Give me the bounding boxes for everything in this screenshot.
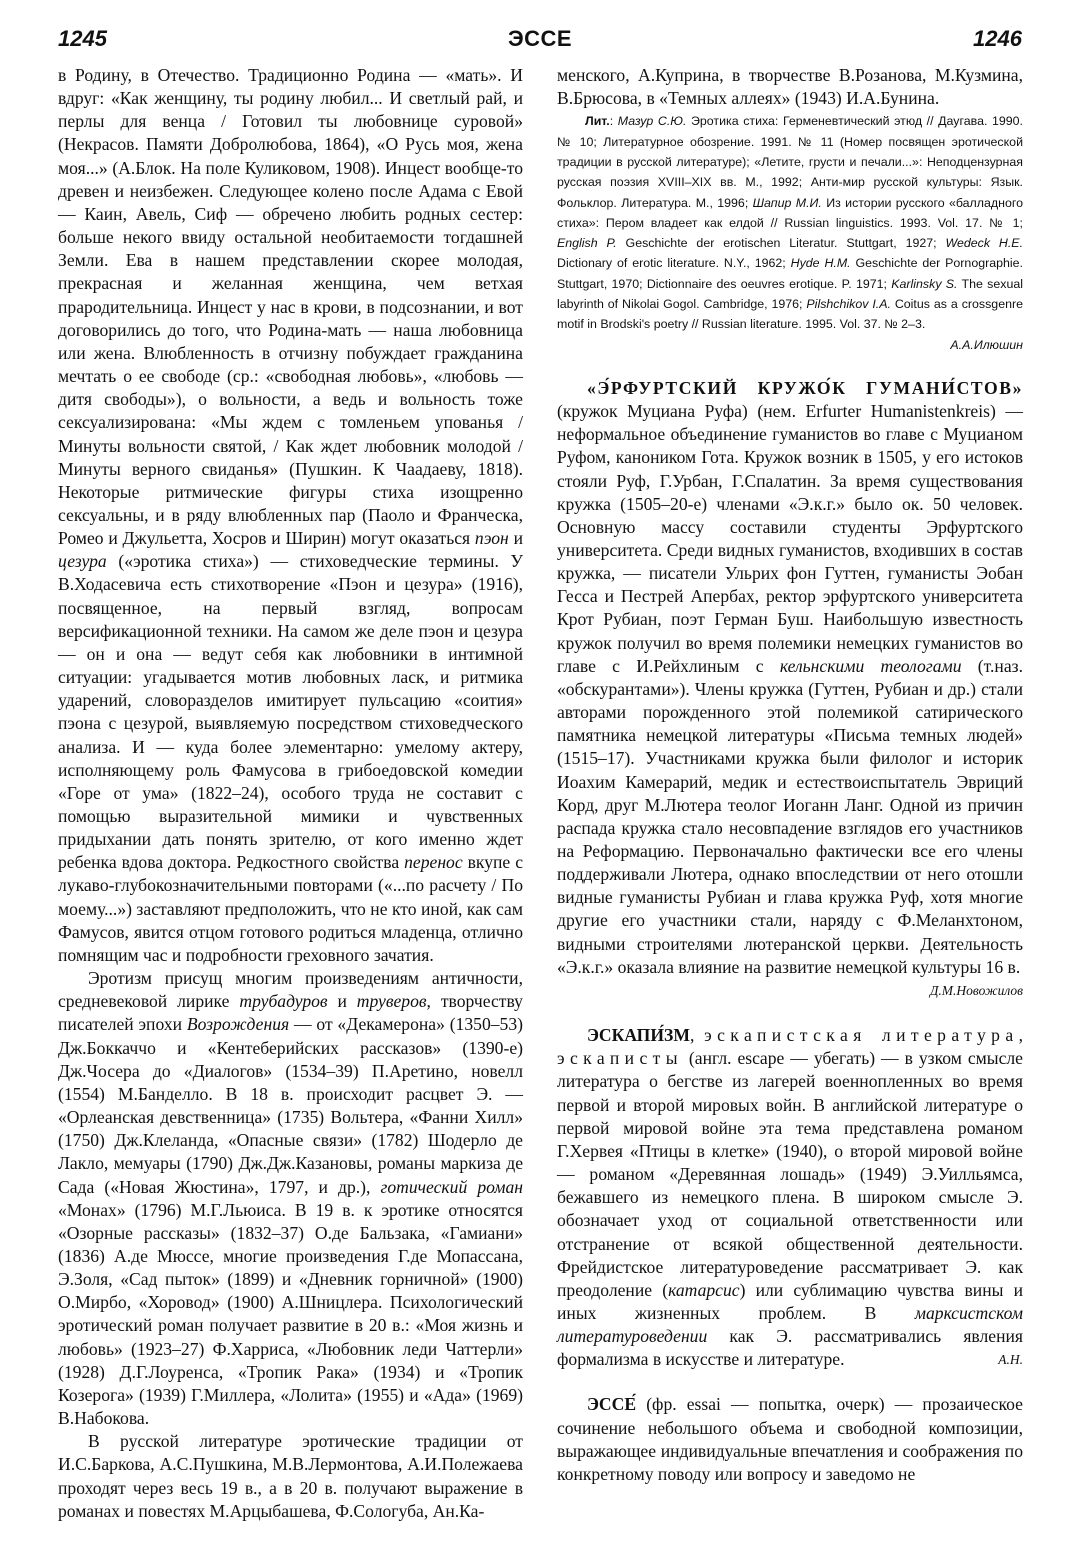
author-signature: А.А.Илюшин xyxy=(914,335,1023,355)
author-signature: А.Н. xyxy=(960,1348,1023,1371)
running-head: ЭССЕ xyxy=(58,26,1022,52)
article-essay: ЭССЕ́ (фр. essai — попытка, очерк) — про… xyxy=(557,1393,1023,1486)
article-erfurt-circle: «Э́РФУРТСКИЙ КРУЖО́К ГУМАНИ́СТОВ» (кружо… xyxy=(557,377,1023,1002)
term-link: готический роман xyxy=(380,1177,523,1197)
paragraph-erotism-history: Эротизм присущ многим произведениям анти… xyxy=(58,967,523,1430)
article-headword: «Э́РФУРТСКИЙ КРУЖО́К ГУМАНИ́СТОВ» xyxy=(587,378,1023,398)
term-link: цезура xyxy=(58,551,107,571)
right-column: менского, А.Куприна, в творчестве В.Роза… xyxy=(557,64,1023,1486)
page-number-right: 1246 xyxy=(973,26,1022,52)
term-link: катарсис xyxy=(668,1280,740,1300)
article-headword: ЭСКАПИ́ЗМ xyxy=(587,1025,690,1045)
paragraph-continuation: менского, А.Куприна, в творчестве В.Роза… xyxy=(557,64,1023,110)
literature-label: Лит. xyxy=(585,114,610,128)
article-escapism: ЭСКАПИ́ЗМ, эскапистская литература, эска… xyxy=(557,1024,1023,1371)
term-link: кельнскими теологами xyxy=(780,656,962,676)
article-headword: ЭССЕ́ xyxy=(587,1394,636,1414)
paragraph-russian-literature: В русской литературе эротические традици… xyxy=(58,1430,523,1523)
term-link: трубадуров xyxy=(239,991,327,1011)
author-signature: Д.М.Новожилов xyxy=(892,979,1023,1002)
left-column: в Родину, в Отечество. Традиционно Родин… xyxy=(58,64,523,1523)
term-link: труверов xyxy=(357,991,427,1011)
page-header: 1245 ЭССЕ 1246 xyxy=(58,26,1022,56)
term-link: Возрождения xyxy=(187,1014,289,1034)
literature-references: Лит.: Мазур С.Ю. Эротика стиха: Герменев… xyxy=(557,111,1023,355)
term-link: перенос xyxy=(404,852,463,872)
term-link: пэон xyxy=(475,528,509,548)
paragraph-rodina: в Родину, в Отечество. Традиционно Родин… xyxy=(58,64,523,967)
